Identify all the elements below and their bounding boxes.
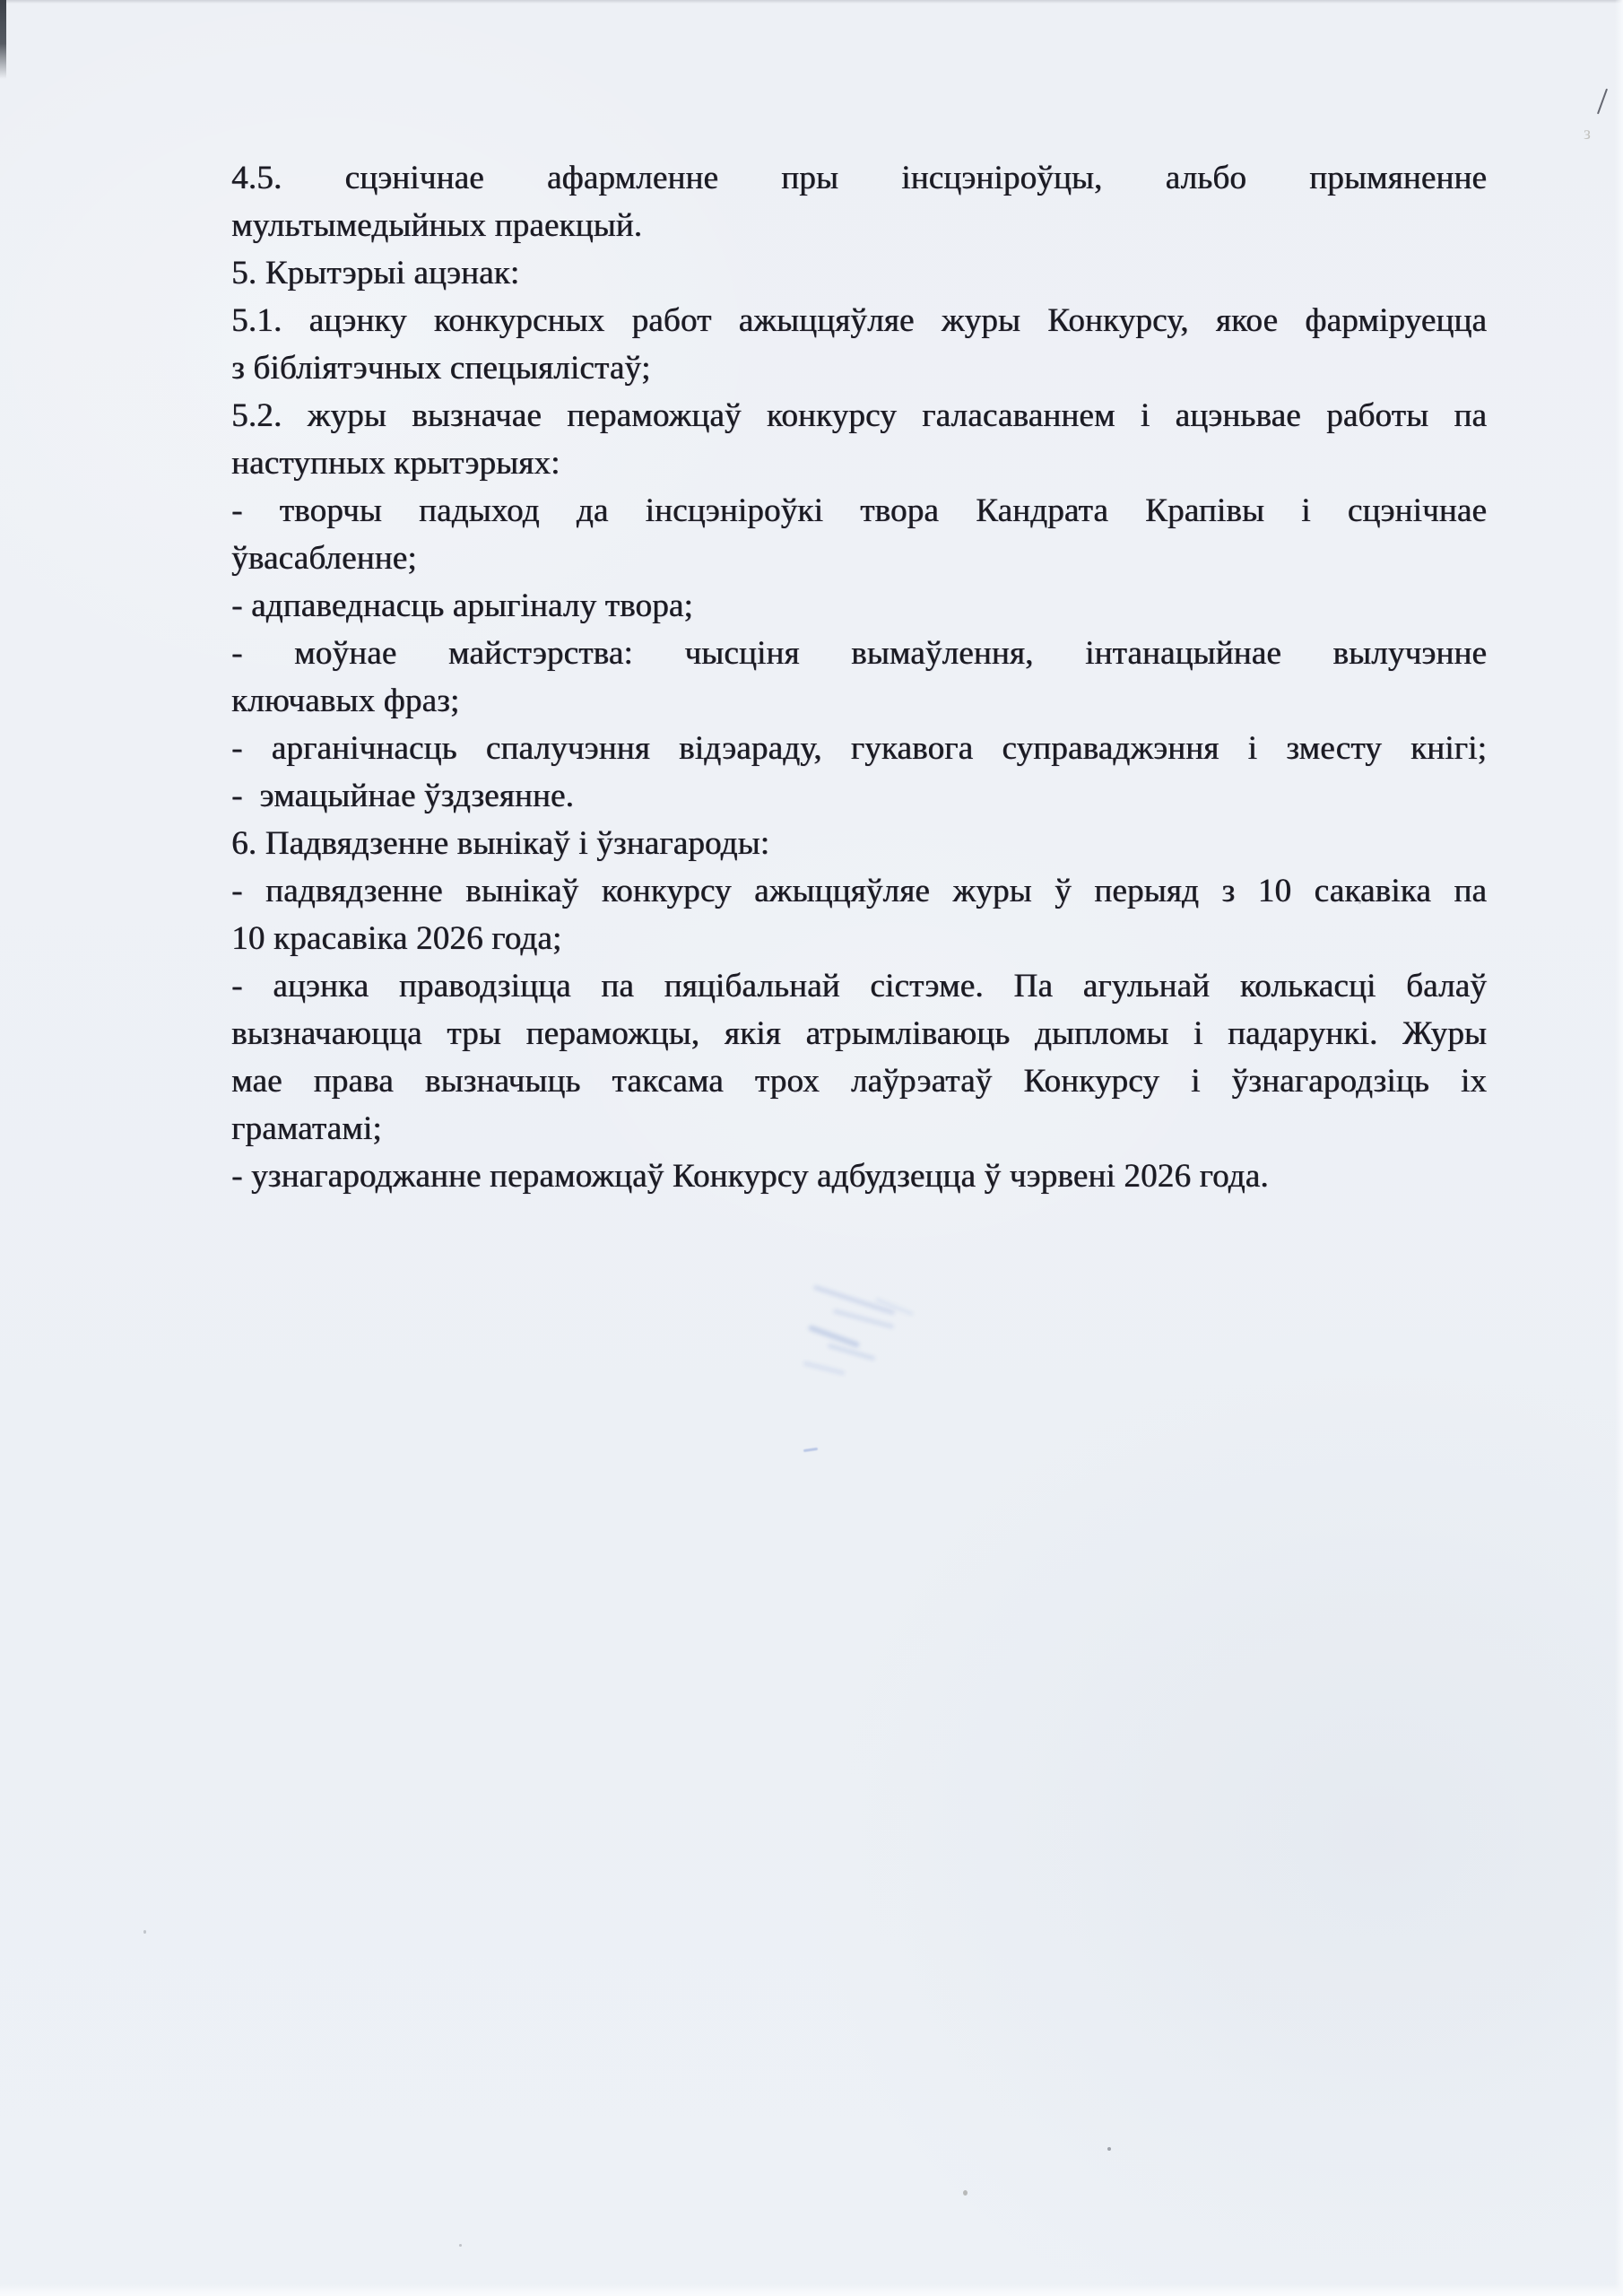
- pen-scratch-mark: [1597, 89, 1608, 115]
- scan-right-edge: [1615, 0, 1623, 2296]
- text-line: 5.2. журы вызначае пераможцаў конкурсу г…: [231, 392, 1487, 439]
- text-line: 6. Падвядзенне вынікаў і ўзнагароды:: [231, 820, 1487, 867]
- document-text: 4.5. сцэнічнае афармленне пры інсцэніроў…: [231, 154, 1487, 1200]
- faint-pencil-mark: з: [1584, 124, 1591, 144]
- text-line: - адпаведнасць арыгіналу твора;: [231, 582, 1487, 630]
- text-line: мультымедыйных праекцый.: [231, 202, 1487, 249]
- text-line: - узнагароджанне пераможцаў Конкурсу адб…: [231, 1152, 1487, 1200]
- text-line: 5.1. ацэнку конкурсных работ ажыццяўляе …: [231, 297, 1487, 344]
- scan-edge-artifact: [0, 0, 6, 79]
- dust-speck: [459, 2244, 462, 2247]
- text-line: 10 красавіка 2026 года;: [231, 915, 1487, 962]
- text-line: - эмацыйнае ўздзеянне.: [231, 772, 1487, 820]
- text-line: - падвядзенне вынікаў конкурсу ажыццяўля…: [231, 867, 1487, 915]
- text-line: - арганічнасць спалучэння відэараду, гук…: [231, 725, 1487, 772]
- scan-top-edge-shadow: [0, 0, 1623, 4]
- ink-bleed-dash: [803, 1448, 818, 1452]
- dust-speck: [963, 2190, 968, 2196]
- text-line: 5. Крытэрыі ацэнак:: [231, 249, 1487, 297]
- text-line: ключавых фраз;: [231, 677, 1487, 725]
- text-line: - ацэнка праводзіцца па пяцібальнай сіст…: [231, 962, 1487, 1010]
- dust-speck: [1107, 2147, 1111, 2151]
- text-line: наступных крытэрыях:: [231, 439, 1487, 487]
- dust-speck: [1358, 901, 1361, 904]
- dust-speck: [143, 1930, 146, 1934]
- text-line: граматамі;: [231, 1105, 1487, 1152]
- text-line: ўвасабленне;: [231, 535, 1487, 582]
- text-line: - моўнае майстэрства: чысціня вымаўлення…: [231, 630, 1487, 677]
- ink-bleed-smudge: [803, 1361, 846, 1375]
- text-line: - творчы падыход да інсцэніроўкі твора К…: [231, 487, 1487, 535]
- text-line: 4.5. сцэнічнае афармленне пры інсцэніроў…: [231, 154, 1487, 202]
- text-line: з бібліятэчных спецыялістаў;: [231, 344, 1487, 392]
- scan-bottom-edge: [0, 2284, 1623, 2296]
- scanned-document-page: 4.5. сцэнічнае афармленне пры інсцэніроў…: [0, 0, 1623, 2296]
- text-line: вызначаюцца тры пераможцы, якія атрымлів…: [231, 1010, 1487, 1057]
- text-line: мае права вызначыць таксама трох лаўрэат…: [231, 1057, 1487, 1105]
